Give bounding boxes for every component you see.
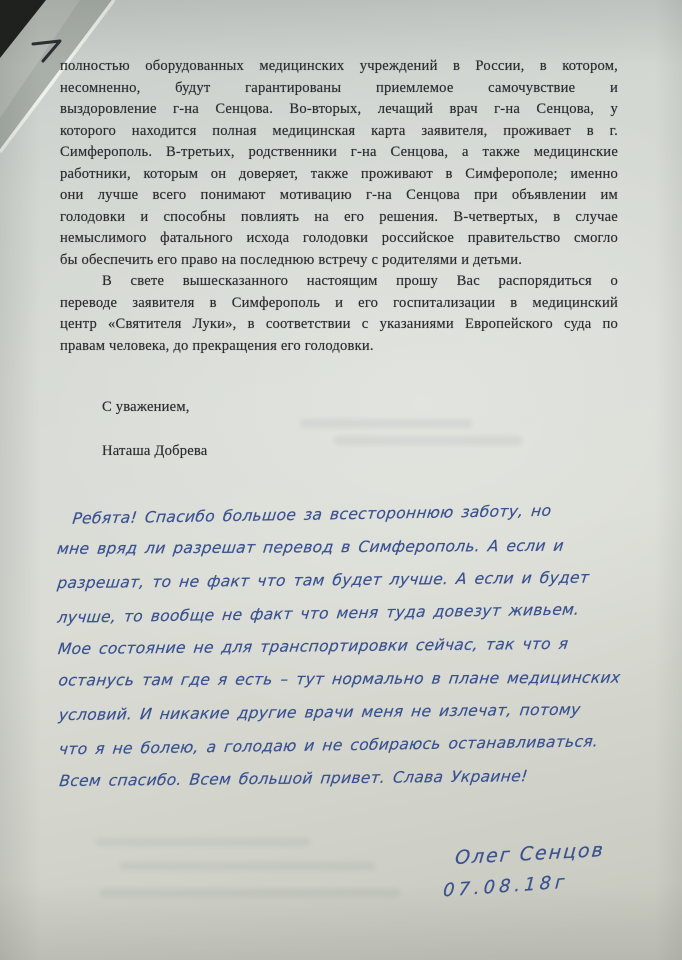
typed-line: голодовки и способны повлиять на его реш…: [60, 207, 618, 229]
typed-line: бы обеспечить его право на последнюю вст…: [60, 250, 618, 272]
typed-line: полностью оборудованных медицинских учре…: [60, 56, 618, 78]
handwritten-line: Мое состояние не для транспортировки сей…: [56, 627, 656, 666]
handwritten-note: Ребята! Спасибо большое за всестороннюю …: [56, 495, 655, 798]
handwritten-signature: Олег Сенцов: [454, 839, 606, 869]
handwritten-line: мне вряд ли разрешат перевод в Симферопо…: [55, 529, 655, 566]
handwritten-line: Всем спасибо. Всем большой привет. Слава…: [58, 759, 658, 798]
closing-salutation: С уважением,: [60, 397, 618, 419]
typed-line: которого находится полная медицинская ка…: [60, 121, 618, 143]
letter-photo: полностью оборудованных медицинских учре…: [0, 0, 682, 960]
handwritten-line: останусь там где я есть – тут нормально …: [57, 661, 656, 697]
typed-line: переводе заявителя в Симферополь и его г…: [60, 293, 618, 315]
author-name: Наташа Добрева: [60, 441, 618, 463]
typed-line: несомненно, будут гарантированы приемлем…: [60, 78, 618, 100]
typed-line: правам человека, до прекращения его голо…: [60, 336, 618, 358]
handwritten-date: 07.08.18г: [442, 872, 569, 902]
typed-line: центр «Святителя Луки», в соответствии с…: [60, 314, 618, 336]
typed-line: они лучше всего понимают мотивацию г-на …: [60, 185, 618, 207]
typed-line: В свете вышесказанного настоящим прошу В…: [60, 271, 618, 293]
ink-showthrough: [120, 862, 375, 870]
typed-line: Симферополь. В-третьих, родственники г-н…: [60, 142, 618, 164]
typed-paragraph-2: В свете вышесказанного настоящим прошу В…: [60, 271, 618, 357]
typed-paragraph-1: полностью оборудованных медицинских учре…: [60, 56, 618, 271]
typed-line: немыслимого фатального исхода голодовки …: [60, 228, 618, 250]
typed-line: выздоровление г-на Сенцова. Во-вторых, л…: [60, 99, 618, 121]
ink-showthrough: [100, 889, 400, 897]
letter-closing: С уважением, Наташа Добрева: [60, 397, 618, 462]
typed-line: работники, которым он доверяет, также пр…: [60, 164, 618, 186]
ink-showthrough: [95, 838, 310, 846]
typed-letter-body: полностью оборудованных медицинских учре…: [60, 56, 618, 462]
